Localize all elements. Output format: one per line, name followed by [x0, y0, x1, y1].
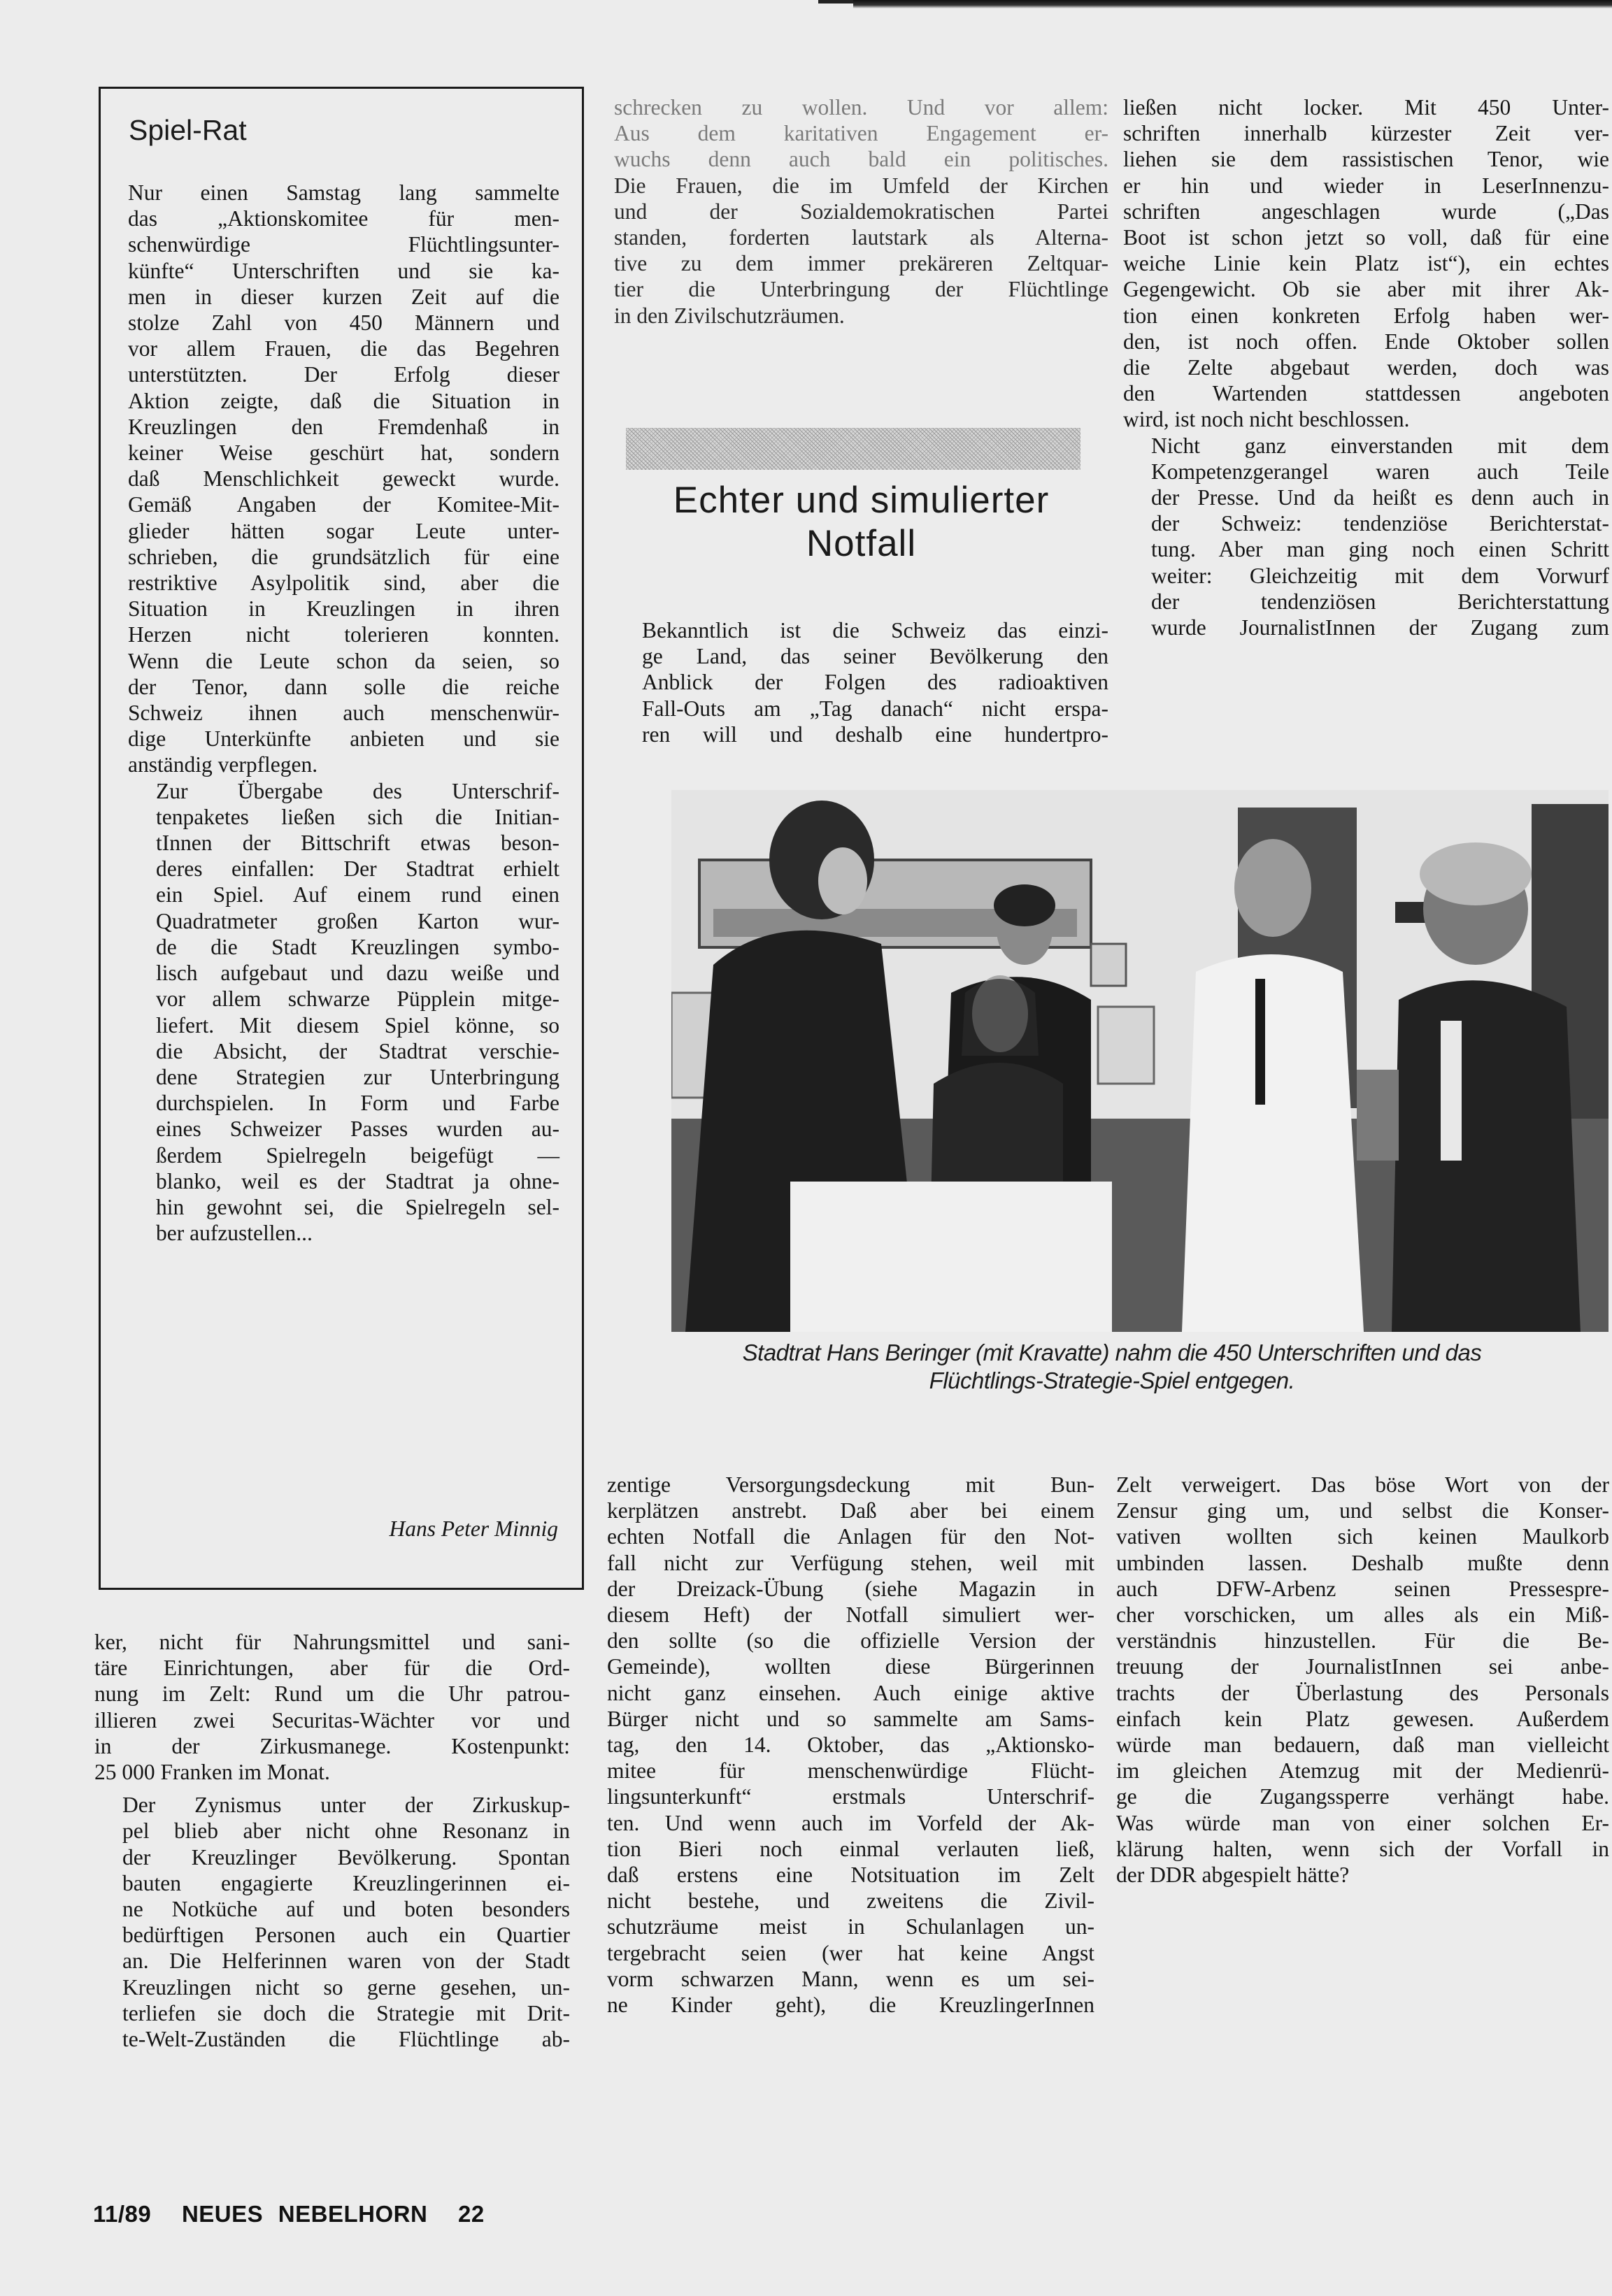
page-edge-bar [853, 0, 1612, 8]
text-line: hin gewohnt sei, die Spielregeln sel- [128, 1194, 559, 1220]
paragraph: Zelt verweigert. Das böse Wort von derZe… [1116, 1472, 1609, 1888]
text-line: diesem Heft) der Notfall simuliert wer- [607, 1602, 1094, 1628]
photo-caption: Stadtrat Hans Beringer (mit Kravatte) na… [615, 1339, 1609, 1395]
text-line: mitee für menschenwürdige Flücht- [607, 1758, 1094, 1784]
text-line: lingsunterkunft“ erstmals Unterschrif- [607, 1784, 1094, 1809]
column1-bottom: ker, nicht für Nahrungsmittel und sani-t… [94, 1629, 570, 2052]
text-line: Gemäß Angaben der Komitee-Mit- [128, 492, 559, 517]
text-line: Anblick der Folgen des radioaktiven [614, 669, 1108, 695]
text-line: das „Aktionskomitee für men- [128, 206, 559, 231]
column3-top: ließen nicht locker. Mit 450 Unter-schri… [1123, 94, 1609, 640]
paragraph: ker, nicht für Nahrungsmittel und sani-t… [94, 1629, 570, 1785]
text-line: der Dreizack-Übung (siehe Magazin in [607, 1576, 1094, 1602]
text-line: wuchs denn auch bald ein politisches. [614, 146, 1108, 172]
text-line: treuung der JournalistInnen sei anbe- [1116, 1653, 1609, 1679]
text-line: trachts der Überlastung des Personals [1116, 1680, 1609, 1706]
text-line: künfte“ Unterschriften und sie ka- [128, 258, 559, 284]
text-line: tion einen konkreten Erfolg haben wer- [1123, 303, 1609, 329]
text-line: nung im Zelt: Rund um die Uhr patrou- [94, 1681, 570, 1707]
text-line: einfach kein Platz gewesen. Außerdem [1116, 1706, 1609, 1732]
text-line: würde man bedauern, daß man vielleicht [1116, 1732, 1609, 1758]
text-line: wurde JournalistInnen der Zugang zum [1123, 615, 1609, 640]
text-line: den Wartenden stattdessen angeboten [1123, 380, 1609, 406]
column2-top: schrecken zu wollen. Und vor allem:Aus d… [614, 94, 1108, 329]
text-line: im gleichen Atemzug mit der Medienrü- [1116, 1758, 1609, 1784]
text-line: men in dieser kurzen Zeit auf die [128, 284, 559, 310]
text-line: ker, nicht für Nahrungsmittel und sani- [94, 1629, 570, 1655]
text-line: vor allem Frauen, die das Begehren [128, 336, 559, 361]
text-line: umbinden lassen. Deshalb mußte denn [1116, 1550, 1609, 1576]
text-line: blanko, weil es der Stadtrat ja ohne- [128, 1168, 559, 1194]
text-line: Die Frauen, die im Umfeld der Kirchen [614, 173, 1108, 199]
caption-line2: Flüchtlings-Strategie-Spiel entgegen. [929, 1368, 1295, 1393]
text-line: ten. Und wenn auch im Vorfeld der Ak- [607, 1810, 1094, 1836]
page-edge-mark [818, 0, 853, 3]
text-line: daß Menschlichkeit geweckt wurde. [128, 466, 559, 492]
text-line: weiter: Gleichzeitig mit dem Vorwurf [1123, 563, 1609, 589]
text-line: ne Kinder geht), die KreuzlingerInnen [607, 1992, 1094, 2018]
text-line: Herzen nicht tolerieren konnten. [128, 622, 559, 647]
text-line: Nur einen Samstag lang sammelte [128, 180, 559, 206]
page-footer: 11/89 NEUES NEBELHORN 22 [93, 2201, 500, 2227]
text-line: Aus dem karitativen Engagement er- [614, 120, 1108, 146]
text-line: tion Bieri noch einmal verlauten ließ, [607, 1836, 1094, 1862]
text-line: der Schweiz: tendenziöse Berichterstat- [1123, 510, 1609, 536]
text-line: stolze Zahl von 450 Männern und [128, 310, 559, 336]
column2-bottom: zentige Versorgungsdeckung mit Bun-kerpl… [607, 1472, 1094, 2018]
text-line: anständig verpflegen. [128, 752, 559, 777]
photo-image [671, 790, 1609, 1332]
text-line: nicht bestehe, und zweitens die Zivil- [607, 1888, 1094, 1914]
text-line: vorm schwarzen Mann, wenn es um sei- [607, 1966, 1094, 1992]
text-line: ne Notküche auf und boten besonders [94, 1896, 570, 1922]
headline-line1: Echter und simulierter [673, 480, 1049, 521]
text-line: ren will und deshalb eine hundertpro- [614, 722, 1108, 747]
text-line: in den Zivilschutzräumen. [614, 303, 1108, 329]
text-line: täre Einrichtungen, aber für die Ord- [94, 1655, 570, 1681]
text-line: den, ist noch offen. Ende Oktober sollen [1123, 329, 1609, 354]
text-line: ßerdem Spielregeln beigefügt — [128, 1142, 559, 1168]
text-line: restriktive Asylpolitik sind, aber die [128, 570, 559, 596]
text-line: zentige Versorgungsdeckung mit Bun- [607, 1472, 1094, 1498]
text-line: ge Land, das seiner Bevölkerung den [614, 643, 1108, 669]
text-line: liefert. Mit diesem Spiel könne, so [128, 1012, 559, 1038]
text-line: klärung halten, wenn sich der Vorfall in [1116, 1836, 1609, 1862]
text-line: schriften angeschlagen wurde („Das [1123, 199, 1609, 224]
text-line: auch DFW-Arbenz seinen Pressespre- [1116, 1576, 1609, 1602]
text-line: durchspielen. In Form und Farbe [128, 1090, 559, 1116]
text-line: Zelt verweigert. Das böse Wort von der [1116, 1472, 1609, 1498]
sidebar-paragraph: Zur Übergabe des Unterschrif-tenpaketes … [128, 778, 559, 1247]
text-line: standen, forderten lautstark als Alterna… [614, 224, 1108, 250]
text-line: an. Die Helferinnen waren von der Stadt [94, 1948, 570, 1974]
text-line: Quadratmeter großen Karton wur- [128, 908, 559, 934]
text-line: ge die Zugangssperre verhängt habe. [1116, 1784, 1609, 1809]
news-photo [671, 790, 1609, 1332]
text-line: Aktion zeigte, daß die Situation in [128, 388, 559, 414]
text-line: Gemeinde), wollten diese Bürgerinnen [607, 1653, 1094, 1679]
text-line: den sollte (so die offizielle Version de… [607, 1628, 1094, 1653]
byline: Hans Peter Minnig [390, 1516, 558, 1542]
text-line: tung. Aber man ging noch einen Schritt [1123, 536, 1609, 562]
text-line: vor allem schwarze Püpplein mitge- [128, 986, 559, 1012]
text-line: keiner Weise geschürt hat, sondern [128, 440, 559, 466]
column2-intro: Bekanntlich ist die Schweiz das einzi-ge… [614, 617, 1108, 747]
text-line: schrieben, die grundsätzlich für eine [128, 544, 559, 570]
text-line: ber aufzustellen... [128, 1220, 559, 1246]
text-line: de die Stadt Kreuzlingen symbo- [128, 934, 559, 960]
text-line: tive zu dem immer prekäreren Zeltquar- [614, 250, 1108, 276]
text-line: Gegengewicht. Ob sie aber mit ihrer Ak- [1123, 276, 1609, 302]
text-line: er hin und wieder in LeserInnenzu- [1123, 173, 1609, 199]
text-line: der DDR abgespielt hätte? [1116, 1862, 1609, 1888]
text-line: ein Spiel. Auf einem rund einen [128, 882, 559, 907]
text-line: terliefen sie doch die Strategie mit Dri… [94, 2000, 570, 2026]
text-line: liehen sie dem rassistischen Tenor, wie [1123, 146, 1609, 172]
text-line: und der Sozialdemokratischen Partei [614, 199, 1108, 224]
text-line: kerplätzen anstrebt. Daß aber bei einem [607, 1498, 1094, 1523]
text-line: wird, ist noch nicht beschlossen. [1123, 406, 1609, 432]
paragraph: zentige Versorgungsdeckung mit Bun-kerpl… [607, 1472, 1094, 2018]
text-line: Wenn die Leute schon da seien, so [128, 648, 559, 674]
paragraph: Der Zynismus unter der Zirkuskup-pel bli… [94, 1792, 570, 2052]
faded-paragraph: schrecken zu wollen. Und vor allem:Aus d… [614, 94, 1108, 173]
text-line: der tendenziösen Berichterstattung [1123, 589, 1609, 615]
text-line: der Tenor, dann solle die reiche [128, 674, 559, 700]
text-line: Bürger nicht und so sammelte am Sams- [607, 1706, 1094, 1732]
text-line: Schweiz ihnen auch menschenwür- [128, 700, 559, 726]
text-line: bauten engagierte Kreuzlingerinnen ei- [94, 1870, 570, 1896]
text-line: eines Schweizer Passes wurden au- [128, 1116, 559, 1142]
text-line: glieder hätten sogar Leute unter- [128, 518, 559, 544]
sidebar-paragraph: Nur einen Samstag lang sammeltedas „Akti… [128, 180, 559, 778]
headline-line2: Notfall [806, 523, 916, 564]
text-line: Kreuzlingen nicht so gerne gesehen, un- [94, 1974, 570, 2000]
text-line: tergebracht seien (wer hat keine Angst [607, 1940, 1094, 1966]
text-line: schenwürdige Flüchtlingsunter- [128, 231, 559, 257]
text-line: dene Strategien zur Unterbringung [128, 1064, 559, 1090]
text-line: die Zelte abgebaut werden, doch was [1123, 354, 1609, 380]
text-line: bedürftigen Personen auch ein Quartier [94, 1922, 570, 1948]
text-line: nicht ganz einsehen. Auch einige aktive [607, 1680, 1094, 1706]
text-line: Situation in Kreuzlingen in ihren [128, 596, 559, 622]
paragraph: ließen nicht locker. Mit 450 Unter-schri… [1123, 94, 1609, 433]
text-line: schriften innerhalb kürzester Zeit ver- [1123, 120, 1609, 146]
text-line: in der Zirkusmanege. Kostenpunkt: [94, 1733, 570, 1759]
page-number: 22 [458, 2201, 485, 2227]
text-line: die Absicht, der Stadtrat verschie- [128, 1038, 559, 1064]
text-line: tenpaketes ließen sich die Initian- [128, 804, 559, 830]
text-line: tier die Unterbringung der Flüchtlinge [614, 276, 1108, 302]
text-line: echten Notfall die Anlagen für den Not- [607, 1523, 1094, 1549]
text-line: unterstützten. Der Erfolg dieser [128, 361, 559, 387]
sidebar-box: Spiel-Rat Nur einen Samstag lang sammelt… [99, 87, 584, 1590]
text-line: Der Zynismus unter der Zirkuskup- [94, 1792, 570, 1818]
text-line: Boot ist schon jetzt so voll, daß für ei… [1123, 224, 1609, 250]
text-line: verständnis hinzustellen. Für die Be- [1116, 1628, 1609, 1653]
sidebar-title: Spiel-Rat [129, 114, 247, 147]
text-line: dige Unterkünfte anbieten und sie [128, 726, 559, 752]
text-line: vativen wollten sich keinen Maulkorb [1116, 1523, 1609, 1549]
text-line: te-Welt-Zuständen die Flüchtlinge ab- [94, 2026, 570, 2052]
text-line: der Presse. Und da heißt es denn auch in [1123, 485, 1609, 510]
publication-name: NEUES NEBELHORN [182, 2201, 427, 2227]
text-line: cher vorschicken, um alles als ein Miß- [1116, 1602, 1609, 1628]
text-line: schutzräume meist in Schulanlagen un- [607, 1914, 1094, 1939]
text-line: weiche Linie kein Platz ist“), ein echte… [1123, 250, 1609, 276]
paragraph: Die Frauen, die im Umfeld der Kirchenund… [614, 173, 1108, 329]
column3-bottom: Zelt verweigert. Das böse Wort von derZe… [1116, 1472, 1609, 1888]
text-line: Bekanntlich ist die Schweiz das einzi- [614, 617, 1108, 643]
text-line: 25 000 Franken im Monat. [94, 1759, 570, 1785]
sidebar-body: Nur einen Samstag lang sammeltedas „Akti… [128, 180, 559, 1246]
text-line: daß erstens eine Notsituation im Zelt [607, 1862, 1094, 1888]
text-line: illieren zwei Securitas-Wächter vor und [94, 1707, 570, 1733]
text-line: Fall-Outs am „Tag danach“ nicht erspa- [614, 696, 1108, 722]
article-headline: Echter und simulierter Notfall [614, 479, 1108, 566]
text-line: lisch aufgebaut und dazu weiße und [128, 960, 559, 986]
text-line: Was würde man von einer solchen Er- [1116, 1810, 1609, 1836]
text-line: tag, den 14. Oktober, das „Aktionsko- [607, 1732, 1094, 1758]
text-line: Kompetenzgerangel waren auch Teile [1123, 459, 1609, 485]
text-line: pel blieb aber nicht ohne Resonanz in [94, 1818, 570, 1844]
text-line: tInnen der Bittschrift etwas beson- [128, 830, 559, 856]
text-line: Kreuzlingen den Fremdenhaß in [128, 414, 559, 440]
text-line: schrecken zu wollen. Und vor allem: [614, 94, 1108, 120]
text-line: ließen nicht locker. Mit 450 Unter- [1123, 94, 1609, 120]
text-line: fall nicht zur Verfügung stehen, weil mi… [607, 1550, 1094, 1576]
text-line: Zensur ging um, und selbst die Konser- [1116, 1498, 1609, 1523]
paragraph: Nicht ganz einverstanden mit demKompeten… [1123, 433, 1609, 641]
text-line: Nicht ganz einverstanden mit dem [1123, 433, 1609, 459]
text-line: der Kreuzlinger Bevölkerung. Spontan [94, 1844, 570, 1870]
intro-paragraph: Bekanntlich ist die Schweiz das einzi-ge… [614, 617, 1108, 747]
text-line: Zur Übergabe des Unterschrif- [128, 778, 559, 804]
decorative-hatch-bar [626, 428, 1080, 470]
issue-number: 11/89 [93, 2201, 151, 2227]
text-line: deres einfallen: Der Stadtrat erhielt [128, 856, 559, 882]
caption-line1: Stadtrat Hans Beringer (mit Kravatte) na… [743, 1340, 1482, 1365]
